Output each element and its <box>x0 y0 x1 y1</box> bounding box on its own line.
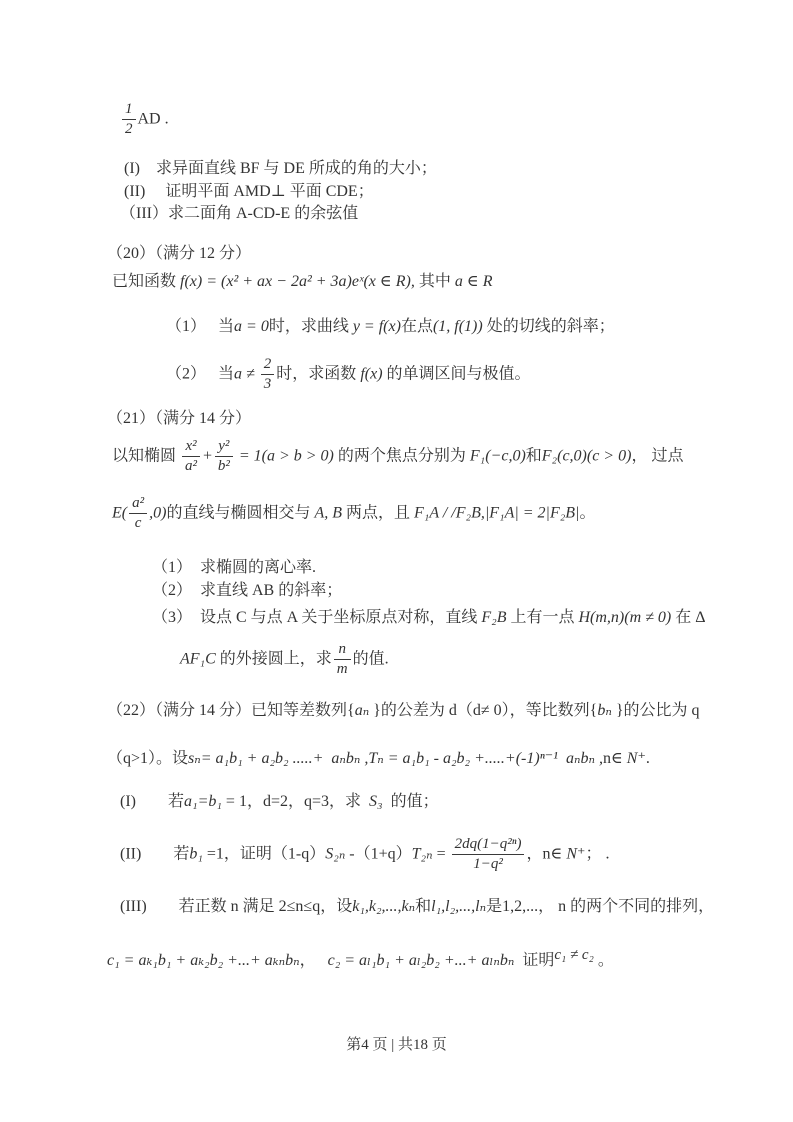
problem-22-header-line-1: （22）（满分 14 分）已知等差数列{aₙ }的公差为 d（d≠ 0），等比数… <box>107 700 700 722</box>
problem-22-header-line-2: （q>1）。设sₙ= a₁b₁ + a₂b₂ .....+ aₙbₙ ,Tₙ =… <box>107 748 650 770</box>
problem-21-item-2: （2） 求直线 AB 的斜率； <box>152 580 342 602</box>
problem-19-lead-fraction-line: 12AD . <box>120 101 169 139</box>
problem-22-item-III-continuation: c₁ = aₖ₁b₁ + aₖ₂b₂ +...+ aₖₙbₙ， c₂ = aₗ₁… <box>107 944 614 972</box>
problem-19-item-II: (II) 证明平面 AMD⊥ 平面 CDE； <box>124 181 374 203</box>
problem-21-item-3: （3） 设点 C 与点 A 关于坐标原点对称，直线 F₂B 上有一点 H(m,n… <box>152 607 706 629</box>
problem-21-header: （21）（满分 14 分） <box>107 408 251 430</box>
problem-21-given-line-1: 以知椭圆 x²a²+y²b² = 1(a > b > 0) 的两个焦点分别为 F… <box>112 438 683 476</box>
problem-20-header: （20）（满分 12 分） <box>107 243 251 265</box>
problem-22-item-III: (III) 若正数 n 满足 2≤n≤q，设k₁,k₂,...,kₙ和l₁,l₂… <box>120 896 714 918</box>
exam-paper-page: 12AD . (I) 求异面直线 BF 与 DE 所成的角的大小； (II) 证… <box>0 0 793 1122</box>
page-footer: 第4 页 | 共18 页 <box>0 1033 793 1054</box>
problem-21-item-1: （1） 求椭圆的离心率. <box>152 557 316 579</box>
problem-21-item-3-continuation: AF₁C 的外接圆上，求nm的值. <box>180 641 389 679</box>
problem-22-item-II: (II) 若b₁ =1，证明（1-q）S₂ₙ -（1+q）T₂ₙ = 2dq(1… <box>120 836 609 874</box>
problem-22-item-I: (I) 若a₁=b₁ = 1，d=2，q=3，求 S₃ 的值； <box>120 791 439 813</box>
problem-20-given: 已知函数 f(x) = (x² + ax − 2a² + 3a)eˣ(x ∈ R… <box>112 271 493 293</box>
problem-19-item-III: （III）求二面角 A-CD-E 的余弦值 <box>120 203 358 225</box>
problem-20-item-1: （1） 当a = 0时，求曲线 y = f(x)在点(1, f(1)) 处的切线… <box>166 316 615 338</box>
problem-21-given-line-2: E(a²c,0)的直线与椭圆相交与 A, B 两点，且 F₁A / /F₂B,|… <box>112 495 595 533</box>
problem-20-item-2: （2） 当a ≠ 23时，求函数 f(x) 的单调区间与极值。 <box>166 356 531 394</box>
problem-19-item-I: (I) 求异面直线 BF 与 DE 所成的角的大小； <box>124 158 437 180</box>
